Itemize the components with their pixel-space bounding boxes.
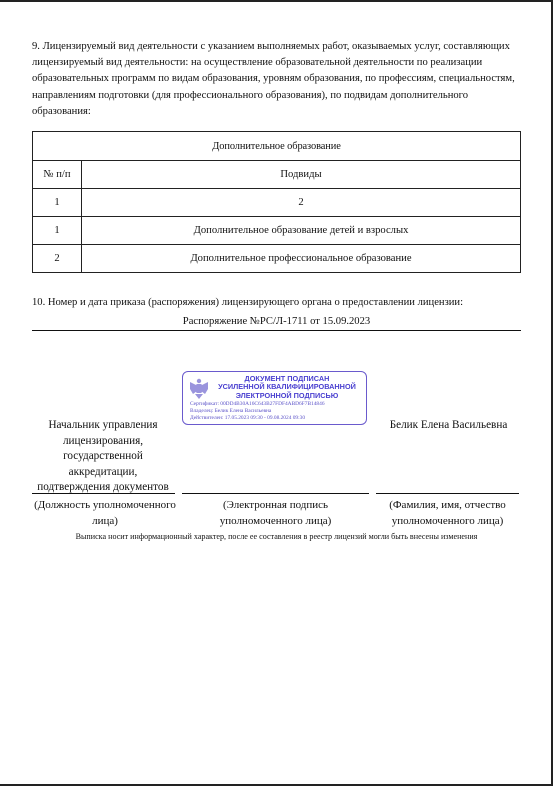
caption-signature: (Электронная подпись уполномоченного лиц… bbox=[182, 497, 369, 529]
cell-number: 1 bbox=[33, 189, 82, 217]
signature-line-position bbox=[32, 493, 175, 494]
cell-subtype: Дополнительное образование детей и взрос… bbox=[82, 217, 521, 245]
signer-position: Начальник управления лицензирования, гос… bbox=[32, 418, 174, 496]
electronic-signature-stamp: ДОКУМЕНТ ПОДПИСАН УСИЛЕННОЙ КВАЛИФИЦИРОВ… bbox=[182, 371, 367, 425]
caption-position: (Должность уполномоченного лица) bbox=[32, 497, 178, 529]
order-number: Распоряжение №РС/Л-1711 от 15.09.2023 bbox=[32, 316, 521, 331]
stamp-title: ДОКУМЕНТ ПОДПИСАН УСИЛЕННОЙ КВАЛИФИЦИРОВ… bbox=[207, 375, 367, 400]
table-row: 1 Дополнительное образование детей и взр… bbox=[33, 217, 521, 245]
signature-line-signature bbox=[182, 493, 369, 494]
cell-number: 2 bbox=[33, 245, 82, 273]
cell-subtype: Дополнительное профессиональное образова… bbox=[82, 245, 521, 273]
header-subtypes: Подвиды bbox=[82, 161, 521, 189]
header-number: № п/п bbox=[33, 161, 82, 189]
section-9-text: 9. Лицензируемый вид деятельности с указ… bbox=[32, 39, 522, 120]
section-10-text: 10. Номер и дата приказа (распоряжения) … bbox=[32, 296, 521, 310]
cell-number: 1 bbox=[33, 217, 82, 245]
table-header-row: № п/п Подвиды bbox=[33, 161, 521, 189]
stamp-validity: Действителен: 17.05.2023 09:30 - 09.08.2… bbox=[190, 415, 305, 421]
education-subtypes-table: Дополнительное образование № п/п Подвиды… bbox=[32, 131, 521, 273]
table-row: 2 Дополнительное профессиональное образо… bbox=[33, 245, 521, 273]
signature-line-name bbox=[376, 493, 519, 494]
table-row: 1 2 bbox=[33, 189, 521, 217]
signer-name: Белик Елена Васильевна bbox=[378, 418, 519, 434]
stamp-owner: Владелец: Белик Елена Васильевна bbox=[190, 408, 271, 414]
disclaimer-note: Выписка носит информационный характер, п… bbox=[32, 532, 521, 541]
caption-name: (Фамилия, имя, отчество уполномоченного … bbox=[374, 497, 521, 529]
stamp-certificate: Сертификат: 00DD4B30A16C643B27FDF4ABD6F7… bbox=[190, 401, 325, 407]
table-caption: Дополнительное образование bbox=[33, 132, 521, 161]
cell-subtype: 2 bbox=[82, 189, 521, 217]
